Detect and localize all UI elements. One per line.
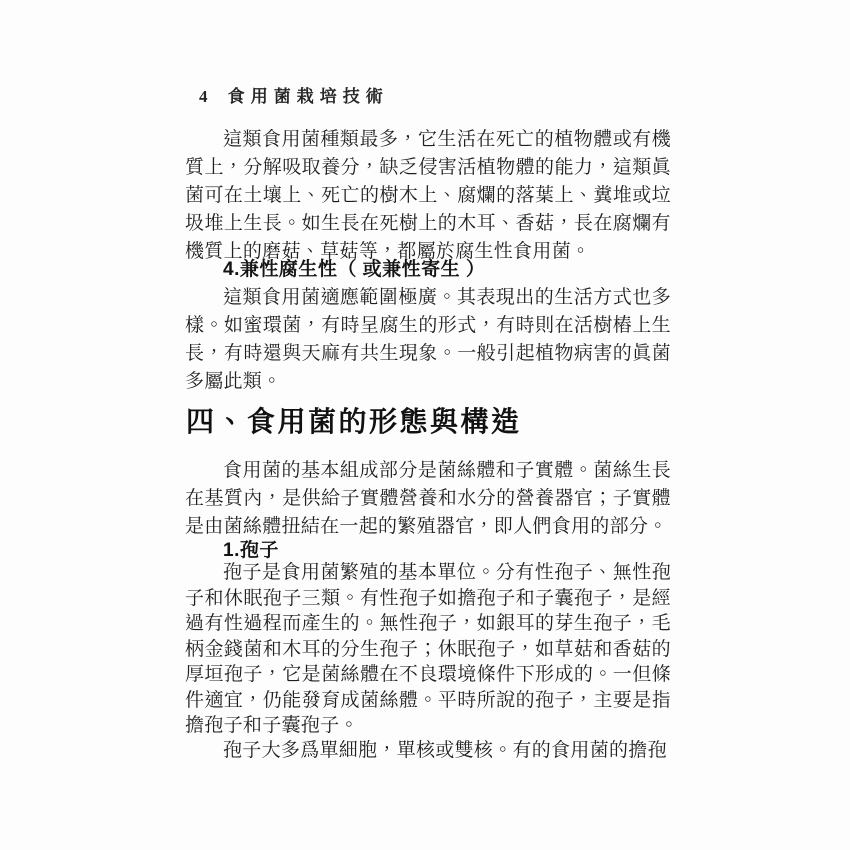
subheading-facultative-saprophytic: 4.兼性腐生性（ 或兼性寄生 ） bbox=[185, 258, 671, 282]
running-header: 4 食用菌栽培技術 bbox=[199, 86, 671, 108]
page-number: 4 bbox=[199, 86, 208, 108]
section-heading-morphology-structure: 四、食用菌的形態與構造 bbox=[186, 404, 686, 440]
paragraph-spore-cells: 孢子大多爲單細胞，單核或雙核。有的食用菌的擔孢 bbox=[185, 737, 671, 765]
paragraph-spore-types: 孢子是食用菌繁殖的基本單位。分有性孢子、無性孢子和休眠孢子三類。有性孢子如擔孢子… bbox=[185, 560, 671, 739]
paragraph-basic-components: 食用菌的基本組成部分是菌絲體和子實體。菌絲生長在基質內，是供給子實體營養和水分的… bbox=[185, 457, 671, 541]
paragraph-facultative-type: 這類食用菌適應範圍極廣。其表現出的生活方式也多樣。如蜜環菌，有時呈腐生的形式，有… bbox=[185, 284, 671, 396]
paragraph-saprophytic-type: 這類食用菌種類最多，它生活在死亡的植物體或有機質上，分解吸取養分，缺乏侵害活植物… bbox=[185, 126, 671, 266]
running-title: 食用菌栽培技術 bbox=[228, 86, 389, 108]
book-page: 4 食用菌栽培技術 這類食用菌種類最多，它生活在死亡的植物體或有機質上，分解吸取… bbox=[0, 0, 850, 850]
